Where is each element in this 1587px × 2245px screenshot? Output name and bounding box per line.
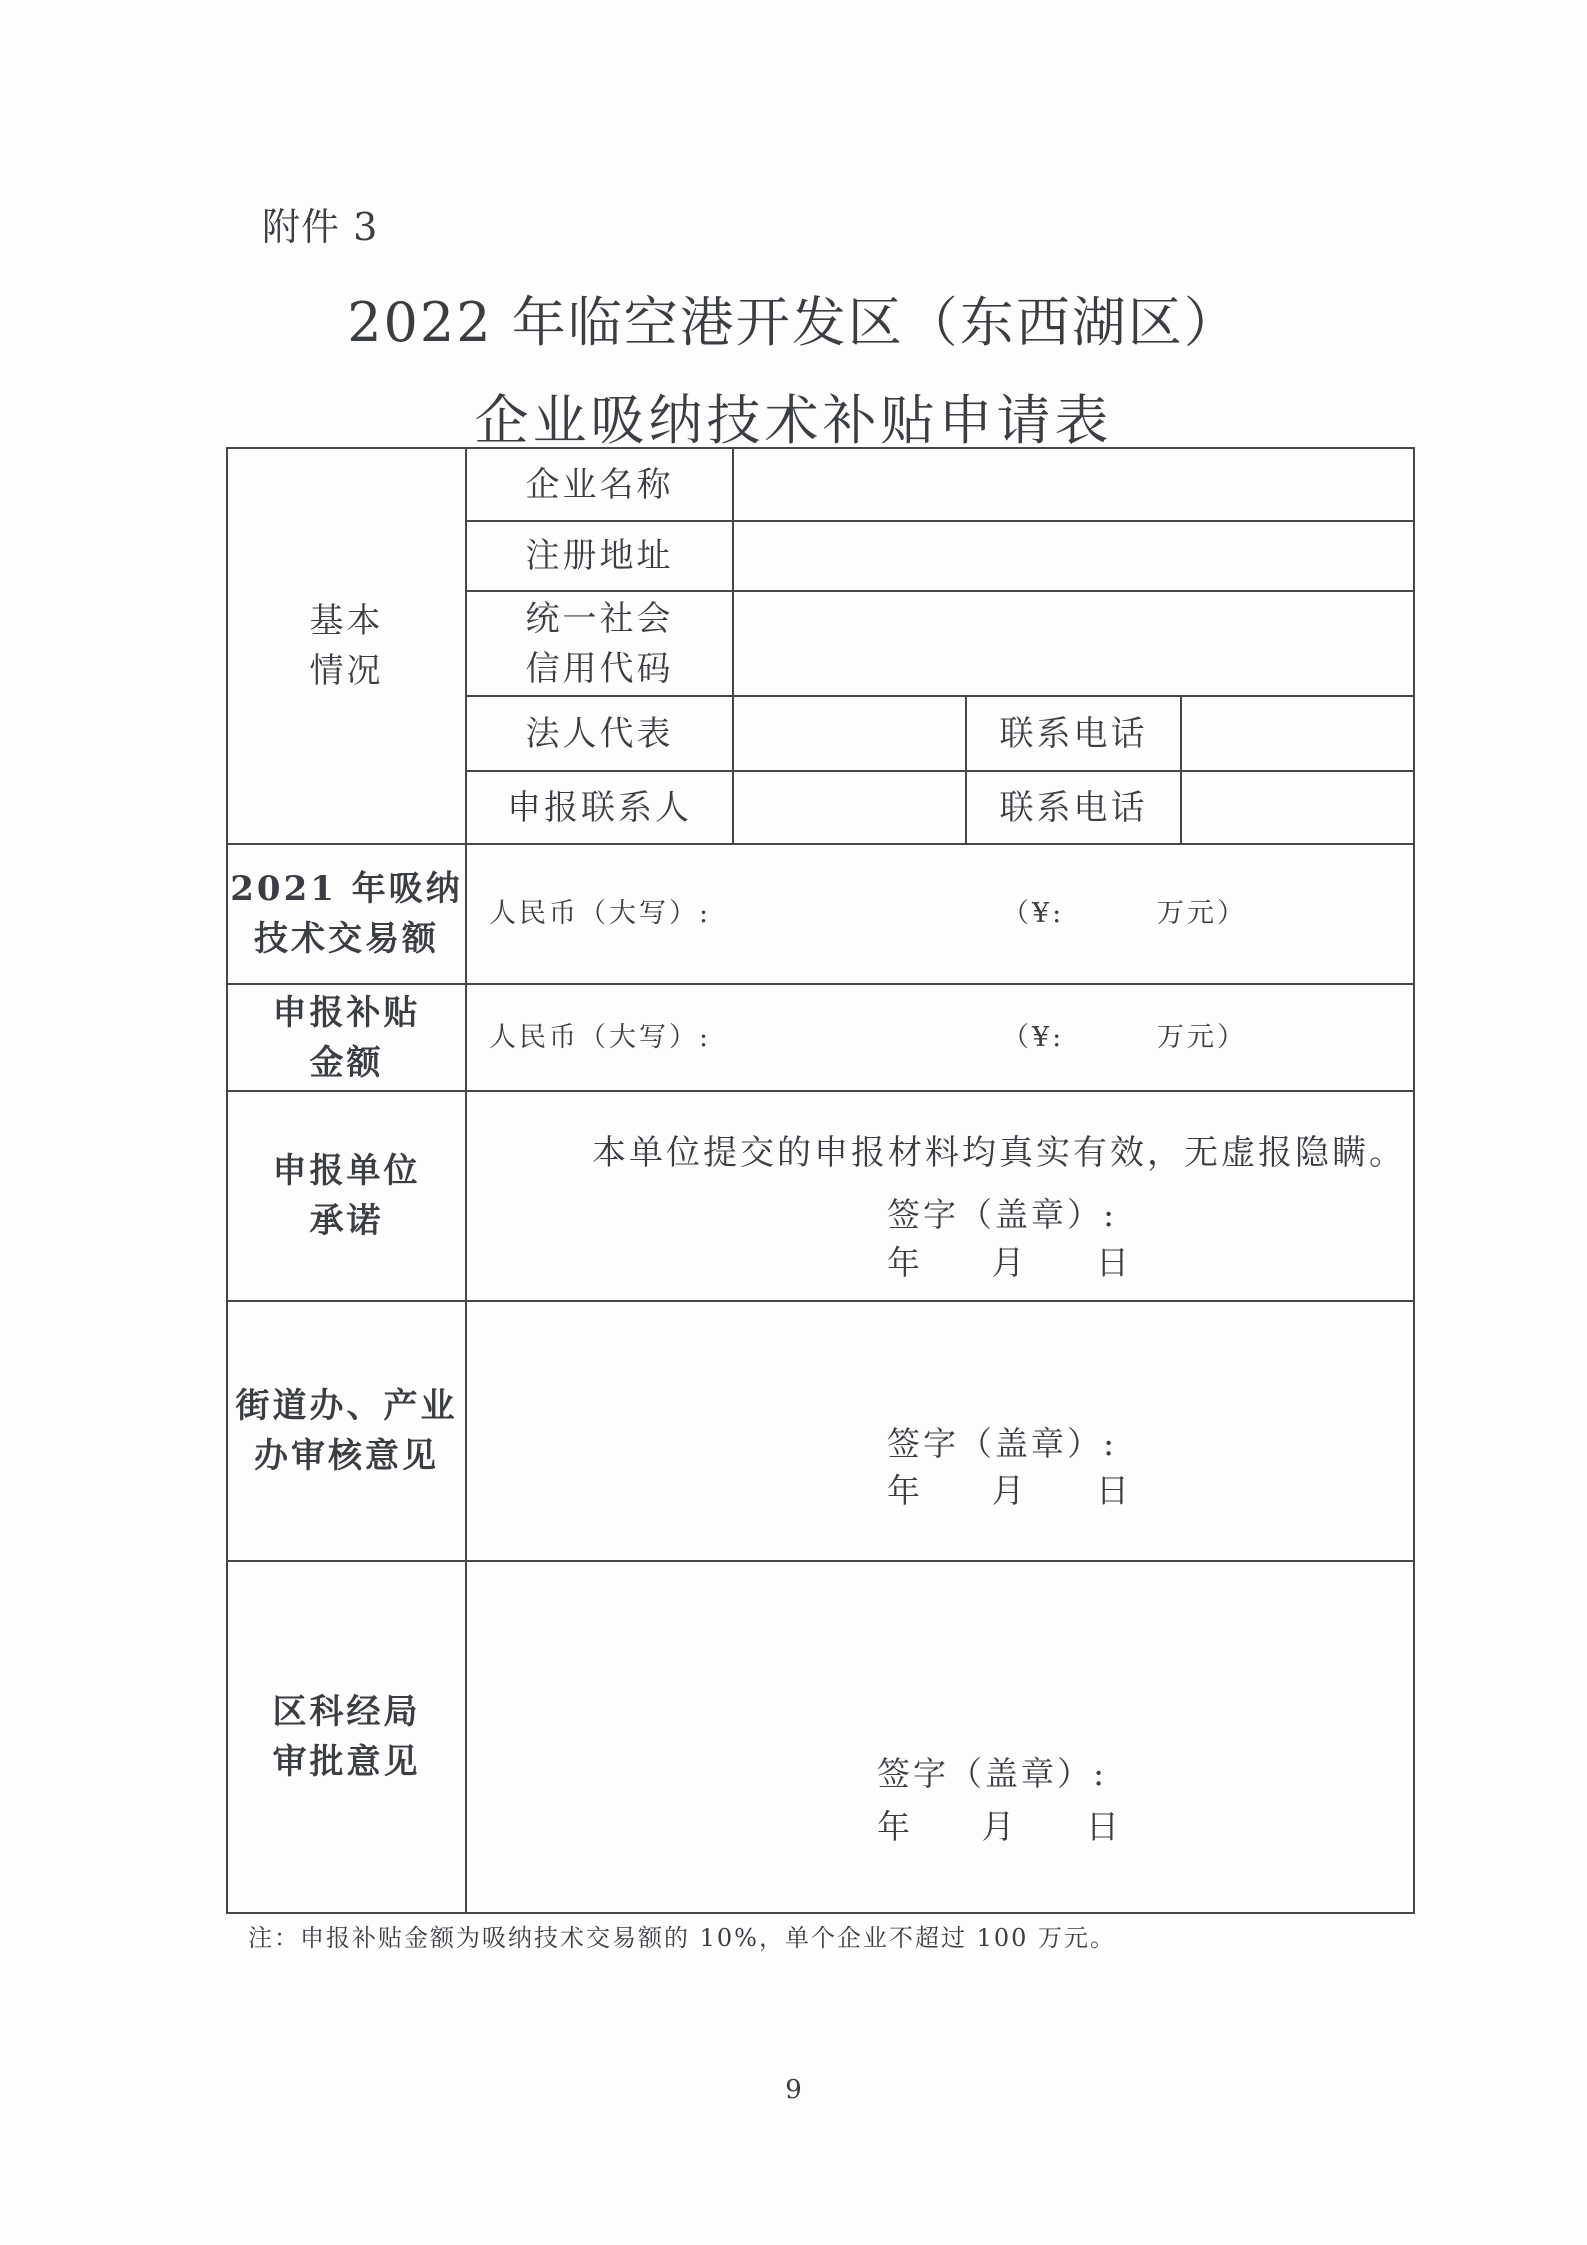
month-label: 月 bbox=[992, 1238, 1028, 1288]
legal-rep-phone-label: 联系电话 bbox=[966, 696, 1181, 771]
legal-rep-label: 法人代表 bbox=[466, 696, 733, 771]
street-review-signature-label: 签字（盖章）: bbox=[887, 1419, 1117, 1469]
registered-address-field[interactable] bbox=[733, 521, 1414, 591]
bureau-approval-signature-label: 签字（盖章）: bbox=[877, 1749, 1107, 1799]
pledge-label: 申报单位 承诺 bbox=[227, 1091, 466, 1301]
day-label: 日 bbox=[1096, 1466, 1132, 1516]
credit-code-label: 统一社会 信用代码 bbox=[466, 591, 733, 696]
contact-phone-label: 联系电话 bbox=[966, 771, 1181, 844]
subsidy-amount-label-line2: 金额 bbox=[228, 1038, 465, 1088]
credit-code-label-line1: 统一社会 bbox=[467, 594, 732, 644]
contact-label: 申报联系人 bbox=[466, 771, 733, 844]
subsidy-amount-rmb-label: 人民币（大写）: bbox=[489, 1022, 711, 1053]
year-label: 年 bbox=[877, 1802, 913, 1852]
subsidy-amount-unit-label: 万元） bbox=[1157, 1013, 1247, 1063]
pledge-date: 年 月 日 bbox=[887, 1238, 1132, 1288]
page-title-line2: 企业吸纳技术补贴申请表 bbox=[0, 378, 1587, 455]
month-label: 月 bbox=[992, 1466, 1028, 1516]
day-label: 日 bbox=[1086, 1802, 1122, 1852]
tech-amount-rmb-label: 人民币（大写）: bbox=[489, 898, 711, 929]
credit-code-label-line2: 信用代码 bbox=[467, 644, 732, 694]
bureau-approval-label-line1: 区科经局 bbox=[228, 1687, 465, 1737]
pledge-statement: 本单位提交的申报材料均真实有效，无虚报隐瞒。 bbox=[592, 1128, 1406, 1178]
subsidy-amount-field[interactable]: 人民币（大写）: （¥: 万元） bbox=[466, 984, 1414, 1091]
tech-amount-label-line2: 技术交易额 bbox=[228, 914, 465, 964]
company-name-label: 企业名称 bbox=[466, 448, 733, 521]
year-label: 年 bbox=[887, 1466, 923, 1516]
pledge-label-line1: 申报单位 bbox=[228, 1146, 465, 1196]
subsidy-amount-label-line1: 申报补贴 bbox=[228, 988, 465, 1038]
tech-amount-field[interactable]: 人民币（大写）: （¥: 万元） bbox=[466, 844, 1414, 984]
bureau-approval-field[interactable]: 签字（盖章）: 年 月 日 bbox=[466, 1561, 1414, 1913]
subsidy-amount-label: 申报补贴 金额 bbox=[227, 984, 466, 1091]
basic-info-label-line1: 基本 bbox=[228, 596, 465, 646]
footnote: 注：申报补贴金额为吸纳技术交易额的 10%，单个企业不超过 100 万元。 bbox=[248, 1918, 1116, 1953]
pledge-label-line2: 承诺 bbox=[228, 1196, 465, 1246]
tech-amount-label: 2021 年吸纳 技术交易额 bbox=[227, 844, 466, 984]
bureau-approval-label-line2: 审批意见 bbox=[228, 1737, 465, 1787]
attachment-label: 附件 3 bbox=[262, 196, 378, 251]
bureau-approval-label: 区科经局 审批意见 bbox=[227, 1561, 466, 1913]
application-form-table: 基本 情况 企业名称 注册地址 统一社会 信用代码 法人代表 联系电话 申报联系… bbox=[226, 447, 1415, 1914]
bureau-approval-date: 年 月 日 bbox=[877, 1802, 1122, 1852]
basic-info-section-label: 基本 情况 bbox=[227, 448, 466, 844]
registered-address-label: 注册地址 bbox=[466, 521, 733, 591]
contact-phone-field[interactable] bbox=[1181, 771, 1414, 844]
credit-code-field[interactable] bbox=[733, 591, 1414, 696]
street-review-date: 年 月 日 bbox=[887, 1466, 1132, 1516]
pledge-signature-label: 签字（盖章）: bbox=[887, 1190, 1117, 1240]
pledge-field[interactable]: 本单位提交的申报材料均真实有效，无虚报隐瞒。 签字（盖章）: 年 月 日 bbox=[466, 1091, 1414, 1301]
basic-info-label-line2: 情况 bbox=[228, 646, 465, 696]
tech-amount-yen-label: （¥: bbox=[1002, 889, 1064, 939]
page-title-line1: 2022 年临空港开发区（东西湖区） bbox=[0, 280, 1587, 357]
page-number: 9 bbox=[0, 2075, 1587, 2105]
street-review-label: 街道办、产业 办审核意见 bbox=[227, 1301, 466, 1561]
street-review-label-line1: 街道办、产业 bbox=[228, 1381, 465, 1431]
year-label: 年 bbox=[887, 1238, 923, 1288]
tech-amount-label-line1: 2021 年吸纳 bbox=[228, 864, 465, 914]
legal-rep-field[interactable] bbox=[733, 696, 966, 771]
subsidy-amount-yen-label: （¥: bbox=[1002, 1013, 1064, 1063]
month-label: 月 bbox=[982, 1802, 1018, 1852]
legal-rep-phone-field[interactable] bbox=[1181, 696, 1414, 771]
street-review-field[interactable]: 签字（盖章）: 年 月 日 bbox=[466, 1301, 1414, 1561]
day-label: 日 bbox=[1096, 1238, 1132, 1288]
street-review-label-line2: 办审核意见 bbox=[228, 1431, 465, 1481]
tech-amount-unit-label: 万元） bbox=[1157, 889, 1247, 939]
company-name-field[interactable] bbox=[733, 448, 1414, 521]
contact-field[interactable] bbox=[733, 771, 966, 844]
